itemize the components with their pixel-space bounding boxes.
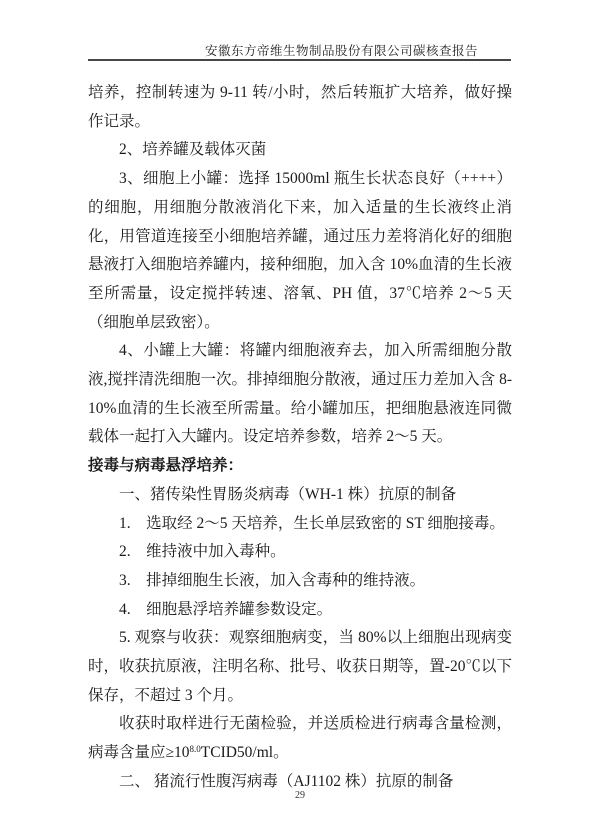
list-item-2: 2. 维持液中加入毒种。: [88, 538, 512, 567]
paragraph-virus-titer: 收获时取样进行无菌检验，并送质检进行病毒含量检测，病毒含量应≥108.0TCID…: [88, 710, 512, 767]
titer-text-post: TCID50/ml。: [201, 744, 289, 761]
paragraph-small-to-large-tank: 4、小罐上大罐：将罐内细胞液弃去，加入所需细胞分散液,搅拌清洗细胞一次。排掉细胞…: [88, 337, 512, 452]
document-page: 安徽东方帝维生物制品股份有限公司碳核查报告 培养，控制转速为 9-11 转/小时…: [0, 0, 600, 828]
paragraph-tank-sterilization: 2、培养罐及载体灭菌: [88, 136, 512, 165]
subsection-one-title: 一、猪传染性胃肠炎病毒（WH-1 株）抗原的制备: [88, 481, 512, 510]
list-item-5-observe-harvest: 5. 观察与收获：观察细胞病变，当 80%以上细胞出现病变时，收获抗原液，注明名…: [88, 624, 512, 710]
section-heading-virus-suspension-culture: 接毒与病毒悬浮培养：: [88, 452, 512, 481]
document-body: 培养，控制转速为 9-11 转/小时，然后转瓶扩大培养，做好操作记录。 2、培养…: [88, 79, 512, 797]
header-rule: [88, 59, 511, 61]
titer-text-pre: 收获时取样进行无菌检验，并送质检进行病毒含量检测，病毒含量应≥10: [88, 715, 512, 761]
titer-exponent: 8.0: [190, 744, 201, 754]
header-title: 安徽东方帝维生物制品股份有限公司碳核查报告: [0, 41, 600, 59]
list-item-4: 4. 细胞悬浮培养罐参数设定。: [88, 596, 512, 625]
paragraph-culture-rotation: 培养，控制转速为 9-11 转/小时，然后转瓶扩大培养，做好操作记录。: [88, 79, 512, 136]
page-number: 29: [0, 790, 600, 801]
list-item-1: 1. 选取经 2～5 天培养，生长单层致密的 ST 细胞接毒。: [88, 510, 512, 539]
list-item-3: 3. 排掉细胞生长液，加入含毒种的维持液。: [88, 567, 512, 596]
paragraph-cells-to-small-tank: 3、细胞上小罐：选择 15000ml 瓶生长状态良好（++++）的细胞，用细胞分…: [88, 165, 512, 337]
